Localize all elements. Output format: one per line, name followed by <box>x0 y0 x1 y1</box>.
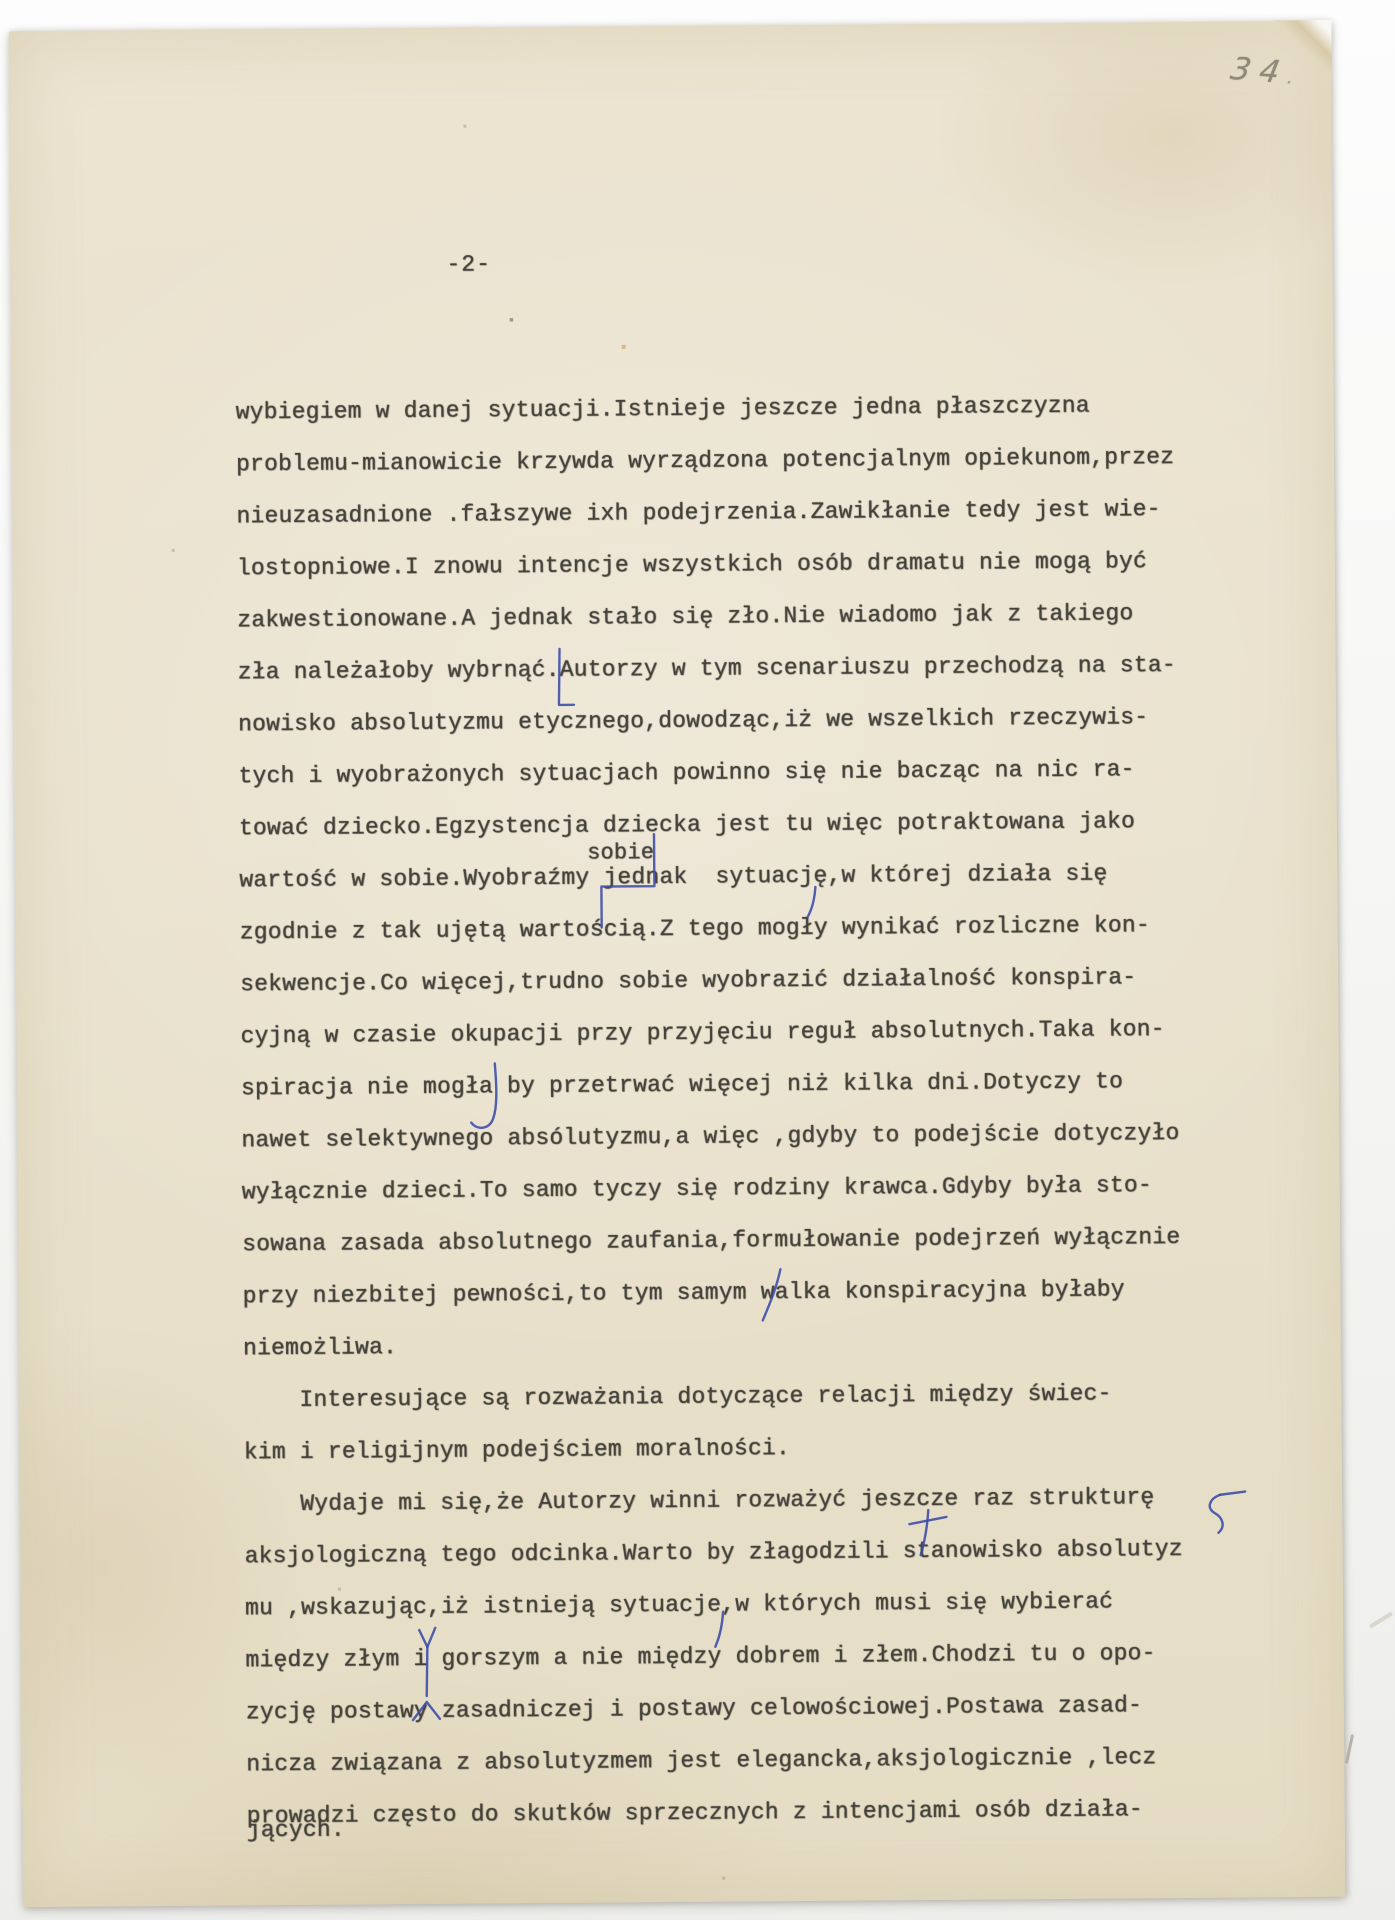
scanner-background: 34. -2- wybiegiem w danej sytuacji.Istni… <box>0 0 1395 1920</box>
typed-line-5: zakwestionowane.A jednak stało się zło.N… <box>237 600 1133 633</box>
handwritten-page-number: 34. <box>1228 51 1298 92</box>
typed-line-15: nawet selektywnego absólutyzmu,a więc ,g… <box>241 1120 1179 1153</box>
caret-fork-right <box>427 1628 435 1647</box>
typed-line-10: wartość w sobie.Wyobraźmy jednak sytuacj… <box>239 861 1107 894</box>
caret-fork-left <box>419 1630 427 1647</box>
hyphen-squiggle-dash <box>1220 1492 1245 1495</box>
typed-line-1: wybiegiem w danej sytuacji.Istnieje jesz… <box>236 393 1090 426</box>
typed-line-12: sekwencje.Co więcej,trudno sobie wyobraz… <box>240 964 1136 997</box>
typed-line-27: nicza związana z absolutyzmem jest elega… <box>246 1744 1156 1777</box>
typed-line-8: tych i wyobrażonych sytuacjach powinno s… <box>238 756 1134 789</box>
pencil-margin-smudge <box>1369 1611 1393 1628</box>
typed-line-7: nowisko absolutyzmu etycznego,dowodząc,i… <box>238 704 1148 737</box>
typed-line-29-overlap: jących. <box>247 1817 345 1844</box>
inserted-word-sobie: sobie <box>587 840 654 867</box>
typed-line-13: cyjną w czasie okupacji przy przyjęciu r… <box>240 1016 1164 1049</box>
pencil-margin-mark <box>1345 1734 1354 1764</box>
document-page: 34. -2- wybiegiem w danej sytuacji.Istni… <box>9 21 1346 1907</box>
paper-specks <box>9 31 10 32</box>
typed-line-11: zgodnie z tak ujętą wartością.Z tego mog… <box>240 912 1150 945</box>
typed-line-21: kim i religijnym podejściem moralności. <box>244 1435 790 1465</box>
typed-line-28: prowadzi często do skutków sprzecznych z… <box>247 1796 1143 1829</box>
typed-line-4: lostopniowe.I znowu intencje wszystkich … <box>237 548 1147 581</box>
typed-line-22: Wydaje mi się,że Autorzy winni rozważyć … <box>300 1484 1154 1517</box>
typed-line-3: nieuzasadnione .fałszywe ixh podejrzenia… <box>236 496 1160 529</box>
typed-line-19: niemożliwa. <box>243 1334 397 1361</box>
typed-line-17: sowana zasada absolutnego zaufania,formu… <box>242 1224 1180 1257</box>
typed-line-26: zycję postawy zasadniczej i postawy celo… <box>246 1692 1142 1725</box>
typed-line-24: mu ,wskazując,iż istnieją sytuacje,w któ… <box>245 1589 1113 1622</box>
typed-line-16: wyłącznie dzieci.To samo tyczy się rodzi… <box>242 1172 1152 1205</box>
typed-line-14: spiracja nie mogła by przetrwać więcej n… <box>241 1069 1123 1102</box>
blue-ink-marks <box>9 21 1346 1907</box>
typed-line-6: zła należałoby wybrnąć.Autorzy w tym sce… <box>238 652 1176 685</box>
typed-line-23: aksjologiczną tego odcinka.Warto by złag… <box>245 1536 1183 1569</box>
comma-stroke-line10 <box>807 887 815 917</box>
typed-line-25: między złym i gorszym a nie między dobre… <box>245 1640 1155 1673</box>
typed-page-number: -2- <box>446 251 491 277</box>
page-number-value: 34 <box>1228 51 1292 91</box>
letter-t-correction-bar <box>909 1517 946 1524</box>
typed-line-20: Interesujące są rozważania dotyczące rel… <box>299 1381 1111 1413</box>
hyphen-squiggle-curve <box>1210 1495 1223 1533</box>
typed-line-9: tować dziecko.Egzystencja dziecka jest t… <box>239 808 1135 841</box>
typed-line-2: problemu-mianowicie krzywda wyrządzona p… <box>236 444 1174 477</box>
typed-line-18: przy niezbitej pewności,to tym samym wal… <box>242 1276 1124 1309</box>
